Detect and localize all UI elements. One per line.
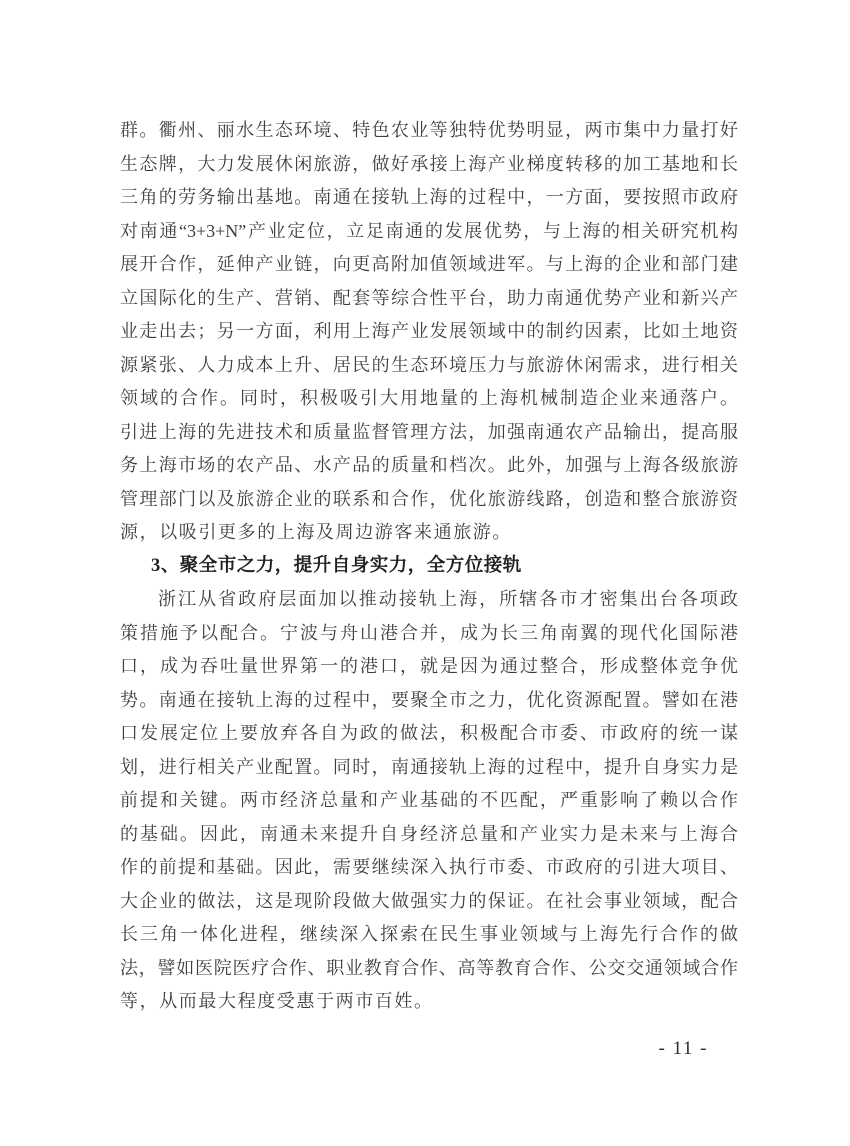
- text-line: 长三角一体化进程，继续深入探索在民生事业领域与上海先行合作的做: [120, 918, 738, 952]
- text-line: 引进上海的先进技术和质量监督管理方法，加强南通农产品输出，提高服: [120, 416, 738, 450]
- text-line: 对南通“3+3+N”产业定位，立足南通的发展优势，与上海的相关研究机构: [120, 215, 738, 249]
- text-line: 法，譬如医院医疗合作、职业教育合作、高等教育合作、公交交通领域合作: [120, 952, 738, 986]
- text-line: 领域的合作。同时，积极吸引大用地量的上海机械制造企业来通落户。: [120, 382, 738, 416]
- text-line: 生态牌，大力发展休闲旅游，做好承接上海产业梯度转移的加工基地和长: [120, 148, 738, 182]
- text-line: 浙江从省政府层面加以推动接轨上海，所辖各市才密集出台各项政: [120, 583, 738, 617]
- document-page: 群。衢州、丽水生态环境、特色农业等独特优势明显，两市集中力量打好生态牌，大力发展…: [0, 0, 850, 1146]
- page-number: - 11 -: [120, 1032, 738, 1066]
- text-line: 口发展定位上要放弃各自为政的做法，积极配合市委、市政府的统一谋: [120, 717, 738, 751]
- text-line: 展开合作，延伸产业链，向更高附加值领域进军。与上海的企业和部门建: [120, 248, 738, 282]
- text-line: 立国际化的生产、营销、配套等综合性平台，助力南通优势产业和新兴产: [120, 282, 738, 316]
- section-heading: 3、聚全市之力，提升自身实力，全方位接轨: [120, 550, 738, 584]
- text-line: 群。衢州、丽水生态环境、特色农业等独特优势明显，两市集中力量打好: [120, 114, 738, 148]
- text-line: 等，从而最大程度受惠于两市百姓。: [120, 985, 738, 1019]
- paragraph-2: 浙江从省政府层面加以推动接轨上海，所辖各市才密集出台各项政策措施予以配合。宁波与…: [120, 583, 738, 1019]
- text-line: 务上海市场的农产品、水产品的质量和档次。此外，加强与上海各级旅游: [120, 449, 738, 483]
- text-line: 的基础。因此，南通未来提升自身经济总量和产业实力是未来与上海合: [120, 818, 738, 852]
- paragraph-1: 群。衢州、丽水生态环境、特色农业等独特优势明显，两市集中力量打好生态牌，大力发展…: [120, 114, 738, 550]
- text-block: 群。衢州、丽水生态环境、特色农业等独特优势明显，两市集中力量打好生态牌，大力发展…: [120, 114, 738, 1065]
- text-line: 管理部门以及旅游企业的联系和合作，优化旅游线路，创造和整合旅游资: [120, 483, 738, 517]
- text-line: 作的前提和基础。因此，需要继续深入执行市委、市政府的引进大项目、: [120, 851, 738, 885]
- text-line: 势。南通在接轨上海的过程中，要聚全市之力，优化资源配置。譬如在港: [120, 684, 738, 718]
- text-line: 策措施予以配合。宁波与舟山港合并，成为长三角南翼的现代化国际港: [120, 617, 738, 651]
- text-line: 源，以吸引更多的上海及周边游客来通旅游。: [120, 516, 738, 550]
- text-line: 三角的劳务输出基地。南通在接轨上海的过程中，一方面，要按照市政府: [120, 181, 738, 215]
- text-line: 前提和关键。两市经济总量和产业基础的不匹配，严重影响了赖以合作: [120, 784, 738, 818]
- text-line: 业走出去；另一方面，利用上海产业发展领域中的制约因素，比如土地资: [120, 315, 738, 349]
- text-line: 口，成为吞吐量世界第一的港口，就是因为通过整合，形成整体竞争优: [120, 650, 738, 684]
- text-line: 划，进行相关产业配置。同时，南通接轨上海的过程中，提升自身实力是: [120, 751, 738, 785]
- text-line: 源紧张、人力成本上升、居民的生态环境压力与旅游休闲需求，进行相关: [120, 349, 738, 383]
- text-line: 大企业的做法，这是现阶段做大做强实力的保证。在社会事业领域，配合: [120, 885, 738, 919]
